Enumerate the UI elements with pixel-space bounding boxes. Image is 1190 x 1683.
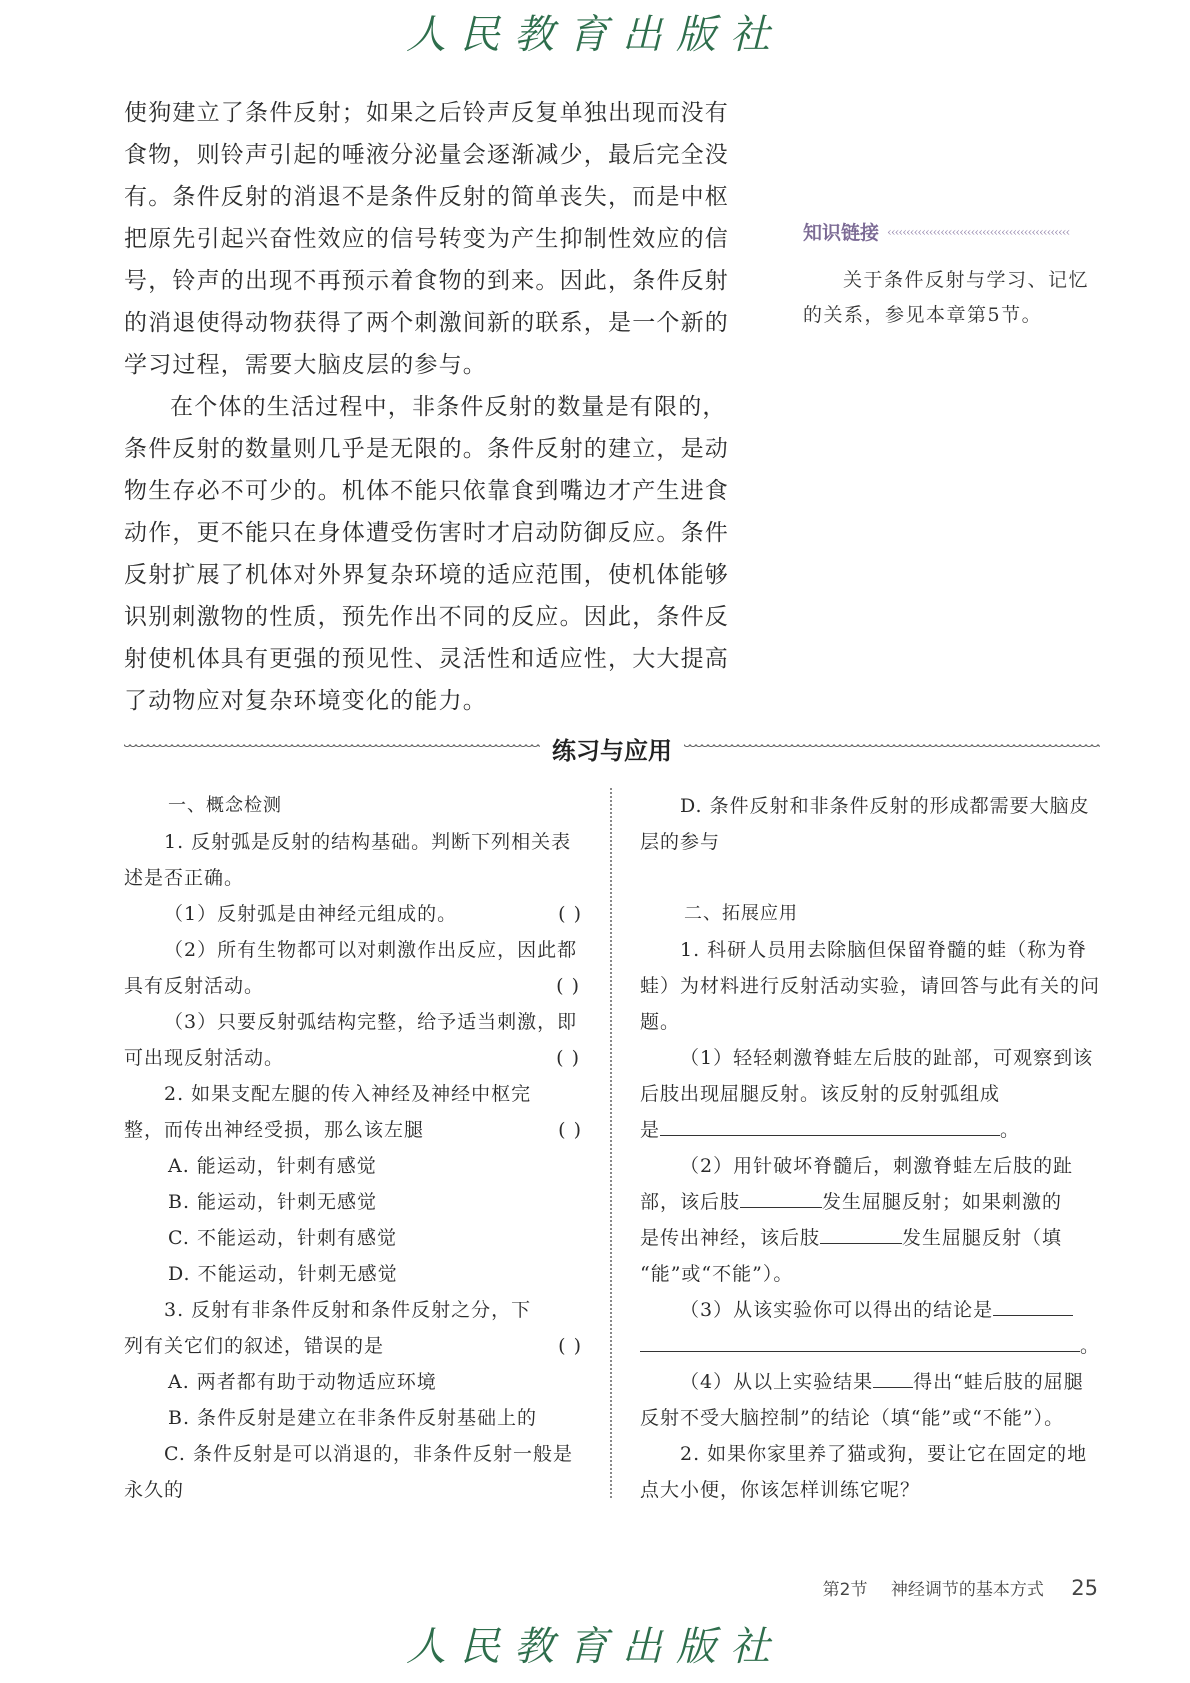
column-divider bbox=[610, 788, 612, 1498]
exercise-left-column: 一、概念检测 1. 反射弧是反射的结构基础。判断下列相关表述是否正确。 （1）反… bbox=[124, 788, 584, 1508]
knowledge-link-line-2: 的关系，参见本章第5节。 bbox=[803, 298, 1103, 333]
answer-paren[interactable]: ( ) bbox=[556, 968, 582, 1004]
knowledge-link-title: 知识链接 bbox=[803, 218, 879, 245]
q2-stem-b: 整，而传出神经受损，那么该左腿 ( ) bbox=[124, 1112, 584, 1148]
exercise-section-header: 练习与应用 bbox=[124, 730, 1100, 766]
ext-q2: 2. 如果你家里养了猫或狗，要让它在固定的地点大小便，你该怎样训练它呢？ bbox=[640, 1436, 1100, 1508]
q3-option-b[interactable]: B. 条件反射是建立在非条件反射基础上的 bbox=[124, 1400, 584, 1436]
ext-q1-3: （3）从该实验你可以得出的结论是 bbox=[640, 1292, 1100, 1328]
fill-blank[interactable] bbox=[873, 1365, 913, 1388]
fill-blank[interactable] bbox=[993, 1293, 1073, 1316]
ext-q1-4: （4）从以上实验结果得出“蛙后肢的屈腿 bbox=[640, 1364, 1100, 1400]
q1-item-3: （3）只要反射弧结构完整，给予适当刺激，即可出现反射活动。 ( ) bbox=[124, 1004, 584, 1076]
ext-q1-stem: 1. 科研人员用去除脑但保留脊髓的蛙（称为脊蛙）为材料进行反射活动实验，请回答与… bbox=[640, 932, 1100, 1040]
page-footer: 第2节 神经调节的基本方式 25 bbox=[823, 1575, 1098, 1600]
fill-blank[interactable] bbox=[740, 1185, 822, 1208]
answer-paren[interactable]: ( ) bbox=[518, 896, 584, 932]
knowledge-link-box: 知识链接 ‹‹‹‹‹‹‹‹‹‹‹‹‹‹‹‹‹‹‹‹‹‹‹‹‹‹‹‹‹‹‹‹‹‹‹… bbox=[803, 218, 1103, 333]
ext-q1-1: （1）轻轻刺激脊蛙左后肢的趾部，可观察到该后肢出现屈腿反射。该反射的反射弧组成 bbox=[640, 1040, 1100, 1112]
footer-chapter-title: 神经调节的基本方式 bbox=[891, 1580, 1044, 1600]
wavy-rule-right bbox=[684, 743, 1100, 753]
q2-option-b[interactable]: B. 能运动，针刺无感觉 bbox=[124, 1184, 584, 1220]
q1-item-1: （1）反射弧是由神经元组成的。 ( ) bbox=[124, 896, 584, 932]
publisher-logo-bottom: 人民教育出版社 bbox=[0, 1622, 1190, 1672]
footer-section: 第2节 bbox=[823, 1580, 868, 1600]
answer-paren[interactable]: ( ) bbox=[558, 1112, 584, 1148]
q2-stem-a: 2. 如果支配左腿的传入神经及神经中枢完 bbox=[124, 1076, 584, 1112]
part1-heading: 一、概念检测 bbox=[124, 788, 584, 824]
paragraph-2: 在个体的生活过程中，非条件反射的数量是有限的，条件反射的数量则几乎是无限的。条件… bbox=[124, 386, 744, 722]
exercise-section-title: 练习与应用 bbox=[540, 731, 684, 766]
wavy-rule-left bbox=[124, 743, 540, 753]
q3-stem-b: 列有关它们的叙述，错误的是 ( ) bbox=[124, 1328, 584, 1364]
q2-option-c[interactable]: C. 不能运动，针刺有感觉 bbox=[124, 1220, 584, 1256]
ext-q1-2-line4: “能”或“不能”）。 bbox=[640, 1256, 1100, 1292]
ext-q1-4-line2: 反射不受大脑控制”的结论（填“能”或“不能”）。 bbox=[640, 1400, 1100, 1436]
chevron-ornament-icon: ‹‹‹‹‹‹‹‹‹‹‹‹‹‹‹‹‹‹‹‹‹‹‹‹‹‹‹‹‹‹‹‹‹‹‹‹‹‹‹‹… bbox=[887, 225, 1103, 239]
q2-option-a[interactable]: A. 能运动，针刺有感觉 bbox=[124, 1148, 584, 1184]
fill-blank[interactable] bbox=[660, 1113, 1000, 1136]
fill-blank[interactable] bbox=[820, 1221, 902, 1244]
answer-paren[interactable]: ( ) bbox=[556, 1040, 582, 1076]
q3-option-d[interactable]: D. 条件反射和非条件反射的形成都需要大脑皮层的参与 bbox=[640, 788, 1100, 860]
knowledge-link-line-1: 关于条件反射与学习、记忆 bbox=[803, 263, 1103, 298]
ext-q1-2-line2: 部，该后肢发生屈腿反射；如果刺激的 bbox=[640, 1184, 1100, 1220]
q1-item-2: （2）所有生物都可以对刺激作出反应，因此都具有反射活动。 ( ) bbox=[124, 932, 584, 1004]
publisher-logo-top: 人民教育出版社 bbox=[0, 10, 1190, 60]
ext-q1-3-line2: 。 bbox=[640, 1328, 1100, 1364]
page-number: 25 bbox=[1071, 1576, 1098, 1600]
ext-q1-2-line3: 是传出神经，该后肢发生屈腿反射（填 bbox=[640, 1220, 1100, 1256]
exercise-right-column: D. 条件反射和非条件反射的形成都需要大脑皮层的参与 二、拓展应用 1. 科研人… bbox=[640, 788, 1100, 1508]
fill-blank[interactable] bbox=[640, 1329, 1080, 1352]
q3-option-a[interactable]: A. 两者都有助于动物适应环境 bbox=[124, 1364, 584, 1400]
part2-heading: 二、拓展应用 bbox=[640, 896, 1100, 932]
main-text: 使狗建立了条件反射；如果之后铃声反复单独出现而没有食物，则铃声引起的唾液分泌量会… bbox=[124, 92, 744, 722]
ext-q1-2: （2）用针破坏脊髓后，刺激脊蛙左后肢的趾 bbox=[640, 1148, 1100, 1184]
ext-q1-1-answer: 是。 bbox=[640, 1112, 1100, 1148]
q2-option-d[interactable]: D. 不能运动，针刺无感觉 bbox=[124, 1256, 584, 1292]
q3-stem-a: 3. 反射有非条件反射和条件反射之分，下 bbox=[124, 1292, 584, 1328]
answer-paren[interactable]: ( ) bbox=[558, 1328, 584, 1364]
paragraph-1: 使狗建立了条件反射；如果之后铃声反复单独出现而没有食物，则铃声引起的唾液分泌量会… bbox=[124, 92, 744, 386]
q1-stem: 1. 反射弧是反射的结构基础。判断下列相关表述是否正确。 bbox=[124, 824, 584, 896]
q3-option-c[interactable]: C. 条件反射是可以消退的，非条件反射一般是永久的 bbox=[124, 1436, 584, 1508]
